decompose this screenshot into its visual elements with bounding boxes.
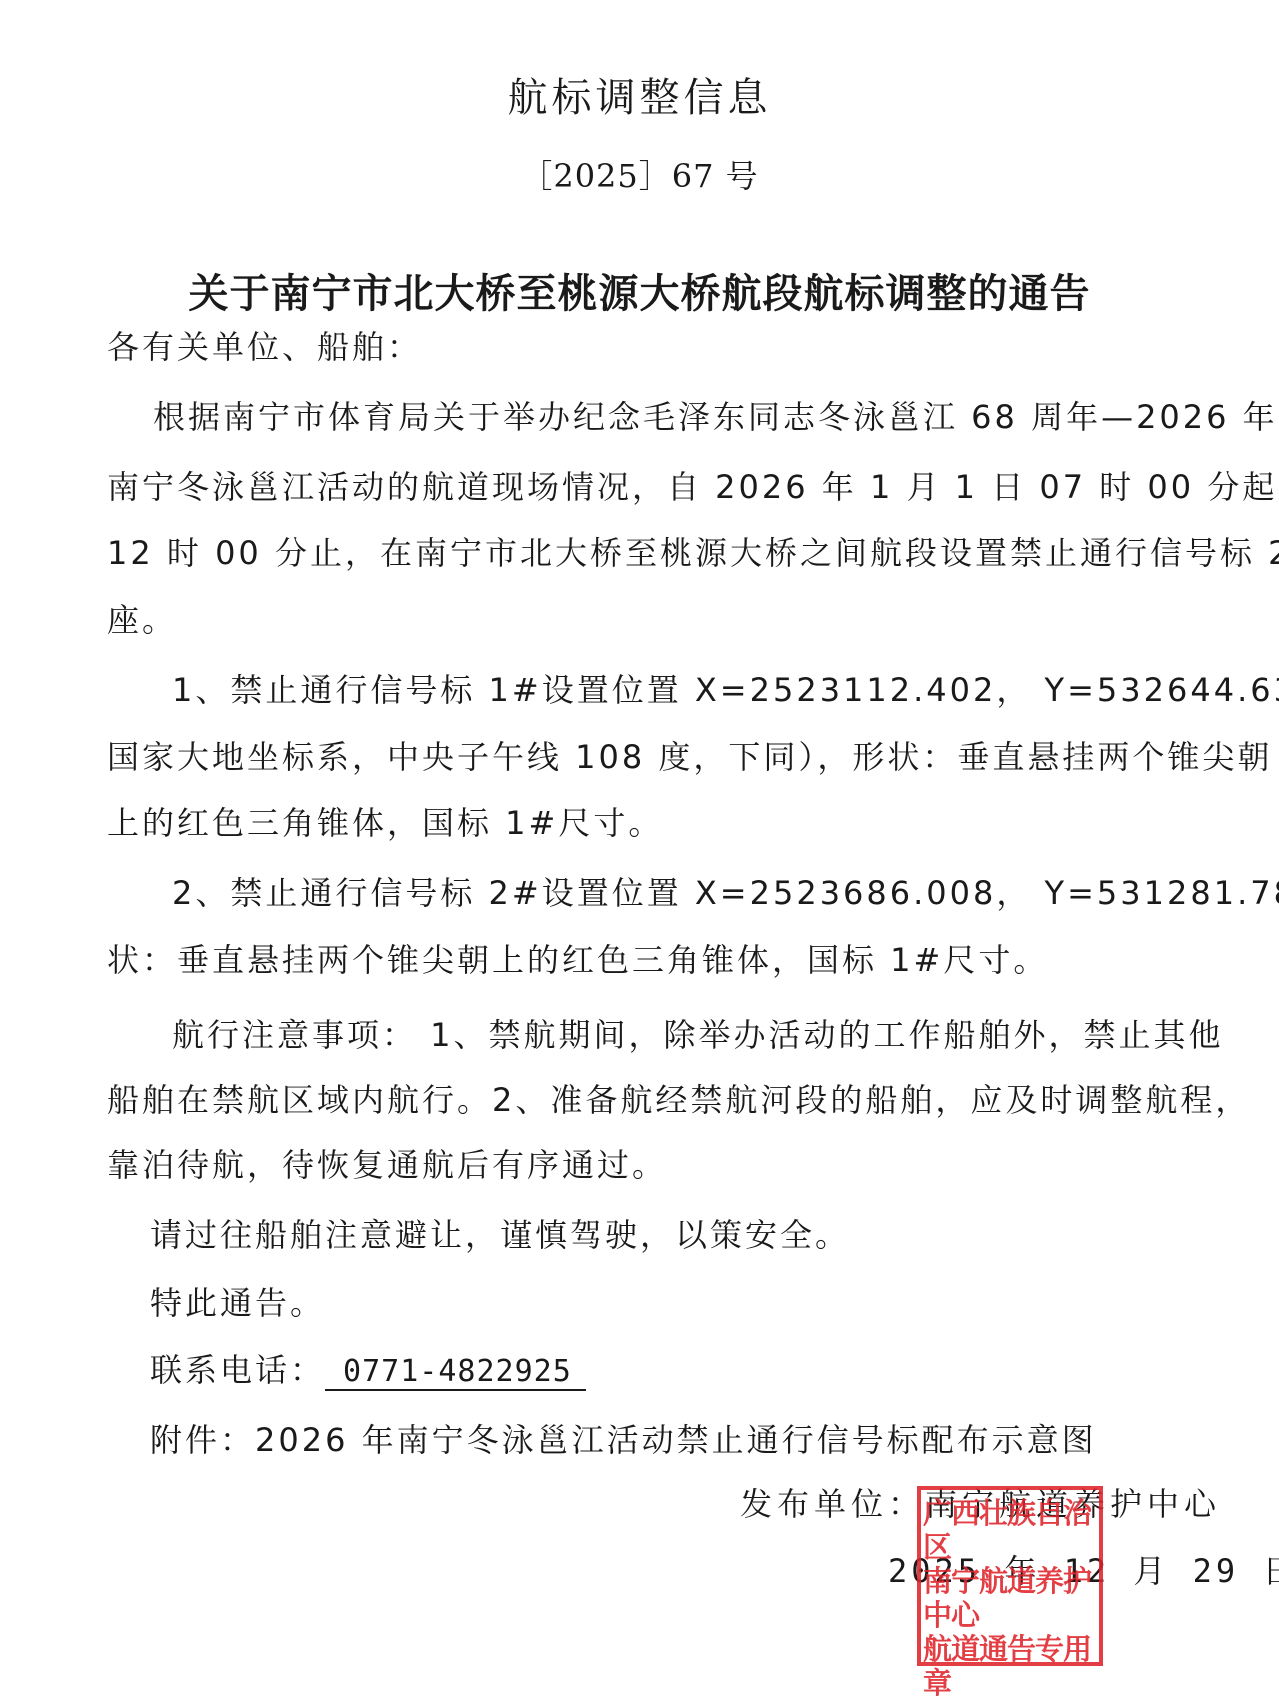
navigation-notes-line: 靠泊待航，待恢复通航后有序通过。 — [107, 1145, 667, 1185]
marker-2-line: 2、禁止通行信号标 2#设置位置 X=2523686.008， Y=531281… — [172, 873, 1165, 913]
stamp-line: 航道通告专用章 — [923, 1632, 1097, 1700]
document-header-title: 航标调整信息 — [0, 66, 1279, 123]
stamp-line: 广西壮族自治区 — [923, 1496, 1097, 1564]
document-number: ［2025］67 号 — [0, 151, 1279, 197]
marker-1-line: 国家大地坐标系，中央子午线 108 度，下同），形状：垂直悬挂两个锥尖朝 — [107, 737, 1165, 777]
paragraph-line: 南宁冬泳邕江活动的航道现场情况，自 2026 年 1 月 1 日 07 时 00… — [107, 467, 1165, 507]
salutation: 各有关单位、船舶： — [107, 327, 422, 367]
contact-label: 联系电话： — [150, 1351, 325, 1389]
marker-1-line: 上的红色三角锥体，国标 1#尺寸。 — [107, 803, 663, 843]
contact-line: 联系电话：0771-4822925 — [150, 1350, 586, 1391]
safety-reminder: 请过往船舶注意避让，谨慎驾驶，以策安全。 — [150, 1215, 850, 1255]
marker-1-line: 1、禁止通行信号标 1#设置位置 X=2523112.402， Y=532644… — [172, 670, 1165, 710]
stamp-line: 南宁航道养护中心 — [923, 1564, 1097, 1632]
attachment-line: 附件：2026 年南宁冬泳邕江活动禁止通行信号标配布示意图 — [150, 1420, 1097, 1460]
paragraph-line: 根据南宁市体育局关于举办纪念毛泽东同志冬泳邕江 68 周年—2026 年 — [153, 397, 1165, 437]
official-seal-stamp: 广西壮族自治区 南宁航道养护中心 航道通告专用章 — [917, 1486, 1103, 1666]
marker-2-line: 状：垂直悬挂两个锥尖朝上的红色三角锥体，国标 1#尺寸。 — [107, 940, 1048, 980]
paragraph-line: 12 时 00 分止，在南宁市北大桥至桃源大桥之间航段设置禁止通行信号标 2 — [107, 533, 1165, 573]
navigation-notes-line: 船舶在禁航区域内航行。2、准备航经禁航河段的船舶，应及时调整航程， — [107, 1080, 1165, 1120]
paragraph-line: 座。 — [107, 600, 177, 640]
contact-phone: 0771-4822925 — [325, 1355, 586, 1391]
closing-statement: 特此通告。 — [150, 1283, 325, 1323]
navigation-notes-line: 航行注意事项： 1、禁航期间，除举办活动的工作船舶外，禁止其他 — [172, 1015, 1165, 1055]
notice-title: 关于南宁市北大桥至桃源大桥航段航标调整的通告 — [0, 262, 1279, 319]
